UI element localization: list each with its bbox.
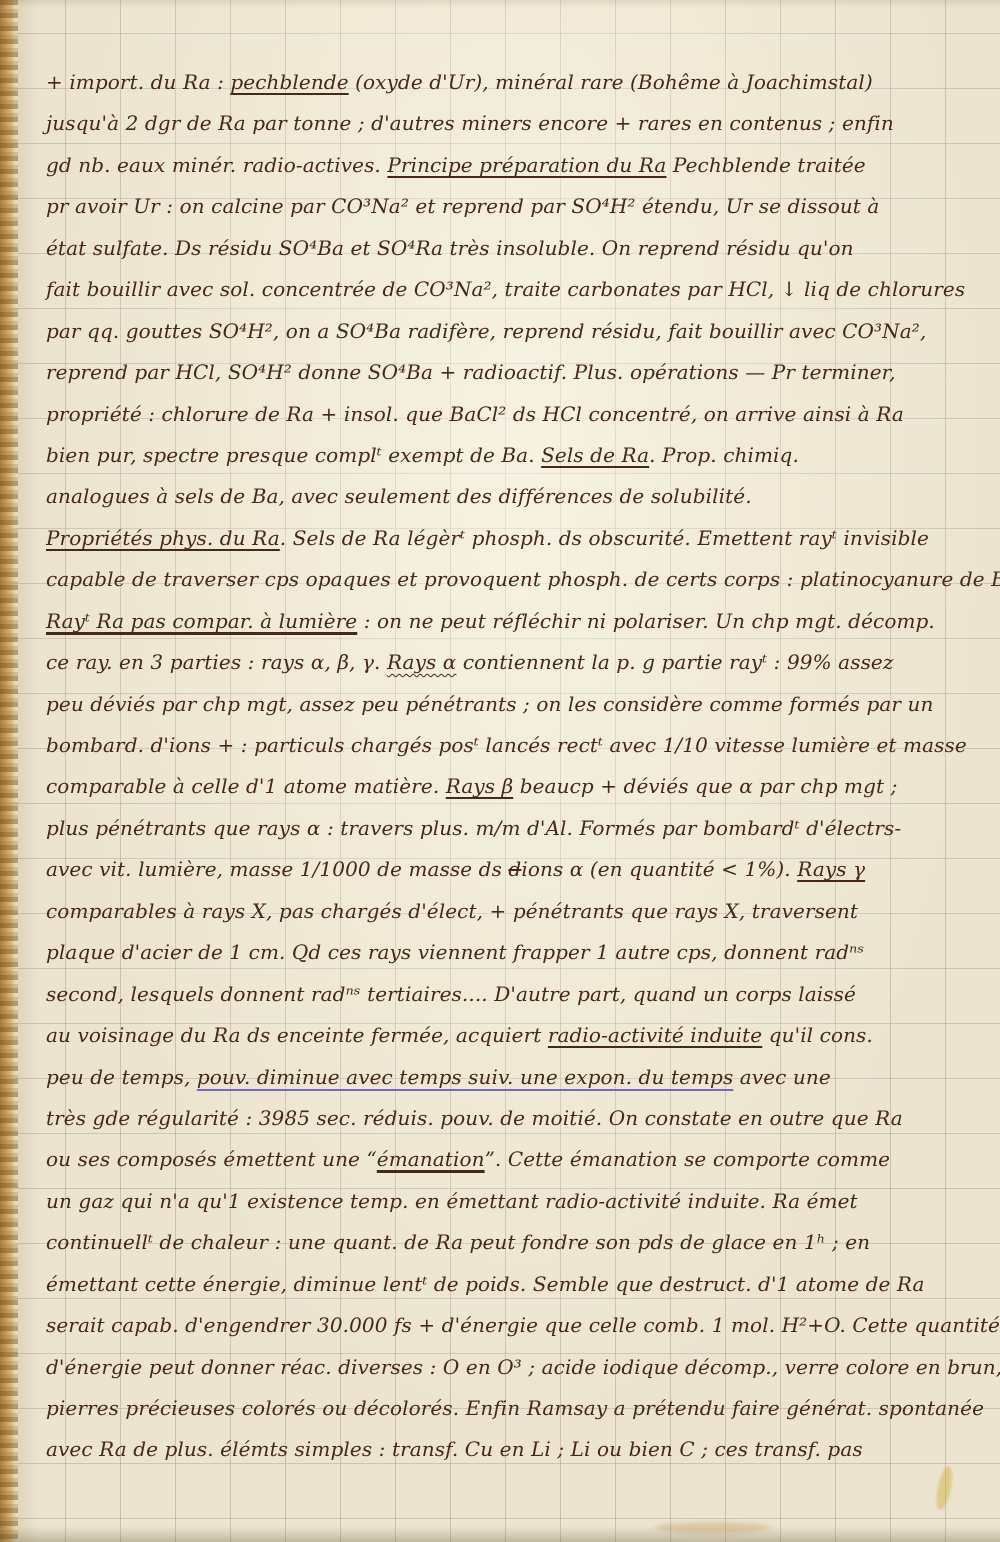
text-segment: : on ne peut réfléchir ni polariser. Un … bbox=[357, 609, 935, 633]
text-segment: avec Ra de plus. élémts simples : transf… bbox=[46, 1437, 863, 1461]
manuscript-line: par qq. gouttes SO⁴H², on a SO⁴Ba radifè… bbox=[46, 311, 984, 352]
text-segment: avec vit. lumière, masse 1/1000 de masse… bbox=[46, 857, 508, 881]
text-segment: comparables à rays X, pas chargés d'élec… bbox=[46, 899, 858, 923]
text-segment: jusqu'à 2 dgr de Ra par tonne ; d'autres… bbox=[46, 111, 894, 135]
text-segment-strike: d bbox=[508, 857, 521, 881]
text-segment: d'énergie peut donner réac. diverses : O… bbox=[46, 1355, 1000, 1379]
text-segment: par qq. gouttes SO⁴H², on a SO⁴Ba radifè… bbox=[46, 319, 926, 343]
text-segment: contiennent la p. g partie rayᵗ : 99% as… bbox=[456, 650, 893, 674]
text-segment: analogues à sels de Ba, avec seulement d… bbox=[46, 484, 752, 508]
manuscript-text: + import. du Ra : pechblende (oxyde d'Ur… bbox=[46, 62, 984, 1471]
manuscript-line: reprend par HCl, SO⁴H² donne SO⁴Ba + rad… bbox=[46, 352, 984, 393]
text-segment: beaucp + déviés que α par chp mgt ; bbox=[513, 774, 897, 798]
manuscript-line: Rayᵗ Ra pas compar. à lumière : on ne pe… bbox=[46, 601, 984, 642]
text-segment: capable de traverser cps opaques et prov… bbox=[46, 567, 1000, 591]
notebook-page: + import. du Ra : pechblende (oxyde d'Ur… bbox=[0, 0, 1000, 1542]
text-segment-u: Rays γ bbox=[797, 857, 865, 881]
binding-shadow bbox=[18, 0, 38, 1542]
manuscript-line: avec vit. lumière, masse 1/1000 de masse… bbox=[46, 849, 984, 890]
manuscript-line: ce ray. en 3 parties : rays α, β, γ. Ray… bbox=[46, 642, 984, 683]
text-segment: plus pénétrants que rays α : travers plu… bbox=[46, 816, 901, 840]
text-segment: qu'il cons. bbox=[762, 1023, 873, 1047]
text-segment: reprend par HCl, SO⁴H² donne SO⁴Ba + rad… bbox=[46, 360, 896, 384]
manuscript-line: émettant cette énergie, diminue lentᵗ de… bbox=[46, 1264, 984, 1305]
manuscript-line: comparables à rays X, pas chargés d'élec… bbox=[46, 891, 984, 932]
text-segment: au voisinage du Ra ds enceinte fermée, a… bbox=[46, 1023, 548, 1047]
text-segment-wavy: Rays α bbox=[387, 650, 456, 674]
manuscript-line: Propriétés phys. du Ra. Sels de Ra légèr… bbox=[46, 518, 984, 559]
text-segment: plaque d'acier de 1 cm. Qd ces rays vien… bbox=[46, 940, 864, 964]
text-segment: fait bouillir avec sol. concentrée de CO… bbox=[46, 277, 965, 301]
manuscript-line: propriété : chlorure de Ra + insol. que … bbox=[46, 394, 984, 435]
binding-edge bbox=[0, 0, 18, 1542]
text-segment: ions α (en quantité < 1%). bbox=[521, 857, 797, 881]
text-segment-ublue: pouv. diminue avec temps suiv. une expon… bbox=[197, 1065, 733, 1089]
text-segment: continuellᵗ de chaleur : une quant. de R… bbox=[46, 1230, 870, 1254]
manuscript-line: peu de temps, pouv. diminue avec temps s… bbox=[46, 1057, 984, 1098]
text-segment: un gaz qui n'a qu'1 existence temp. en é… bbox=[46, 1189, 858, 1213]
text-segment: ce ray. en 3 parties : rays α, β, γ. bbox=[46, 650, 387, 674]
text-segment: bien pur, spectre presque complᵗ exempt … bbox=[46, 443, 541, 467]
manuscript-line: d'énergie peut donner réac. diverses : O… bbox=[46, 1347, 984, 1388]
text-segment-u: Rays β bbox=[446, 774, 514, 798]
manuscript-line: continuellᵗ de chaleur : une quant. de R… bbox=[46, 1222, 984, 1263]
manuscript-line: comparable à celle d'1 atome matière. Ra… bbox=[46, 766, 984, 807]
manuscript-line: plaque d'acier de 1 cm. Qd ces rays vien… bbox=[46, 932, 984, 973]
manuscript-line: ou ses composés émettent une “émanation”… bbox=[46, 1139, 984, 1180]
text-segment: gd nb. eaux minér. radio-actives. bbox=[46, 153, 387, 177]
text-segment-u: Propriétés phys. du Ra bbox=[46, 526, 280, 550]
manuscript-line: avec Ra de plus. élémts simples : transf… bbox=[46, 1429, 984, 1470]
manuscript-line: état sulfate. Ds résidu SO⁴Ba et SO⁴Ra t… bbox=[46, 228, 984, 269]
manuscript-line: + import. du Ra : pechblende (oxyde d'Ur… bbox=[46, 62, 984, 103]
text-segment: serait capab. d'engendrer 30.000 fs + d'… bbox=[46, 1313, 1000, 1337]
text-segment: Pechblende traitée bbox=[666, 153, 865, 177]
manuscript-line: au voisinage du Ra ds enceinte fermée, a… bbox=[46, 1015, 984, 1056]
text-segment: comparable à celle d'1 atome matière. bbox=[46, 774, 446, 798]
bottom-edge-shadow bbox=[0, 1526, 1000, 1542]
text-segment: . Prop. chimiq. bbox=[649, 443, 799, 467]
text-segment: état sulfate. Ds résidu SO⁴Ba et SO⁴Ra t… bbox=[46, 236, 854, 260]
manuscript-line: bien pur, spectre presque complᵗ exempt … bbox=[46, 435, 984, 476]
text-segment: . Sels de Ra légèrᵗ phosph. ds obscurité… bbox=[280, 526, 929, 550]
text-segment: (oxyde d'Ur), minéral rare (Bohême à Joa… bbox=[349, 70, 873, 94]
text-segment-u: Sels de Ra bbox=[541, 443, 649, 467]
text-segment: second, lesquels donnent radⁿˢ tertiaire… bbox=[46, 982, 856, 1006]
text-segment-uthick: émanation bbox=[377, 1147, 485, 1171]
text-segment: bombard. d'ions + : particuls chargés po… bbox=[46, 733, 967, 757]
manuscript-line: second, lesquels donnent radⁿˢ tertiaire… bbox=[46, 974, 984, 1015]
text-segment: + import. du Ra : bbox=[46, 70, 230, 94]
text-segment: peu déviés par chp mgt, assez peu pénétr… bbox=[46, 692, 933, 716]
manuscript-line: serait capab. d'engendrer 30.000 fs + d'… bbox=[46, 1305, 984, 1346]
manuscript-line: un gaz qui n'a qu'1 existence temp. en é… bbox=[46, 1181, 984, 1222]
text-segment: propriété : chlorure de Ra + insol. que … bbox=[46, 402, 904, 426]
manuscript-line: pierres précieuses colorés ou décolorés.… bbox=[46, 1388, 984, 1429]
manuscript-line: analogues à sels de Ba, avec seulement d… bbox=[46, 476, 984, 517]
manuscript-line: plus pénétrants que rays α : travers plu… bbox=[46, 808, 984, 849]
text-segment-uthick: Rayᵗ Ra pas compar. à lumière bbox=[46, 609, 357, 633]
manuscript-line: pr avoir Ur : on calcine par CO³Na² et r… bbox=[46, 186, 984, 227]
text-segment: très gde régularité : 3985 sec. réduis. … bbox=[46, 1106, 903, 1130]
text-segment-u: Principe préparation du Ra bbox=[387, 153, 666, 177]
text-segment: avec une bbox=[733, 1065, 830, 1089]
manuscript-line: bombard. d'ions + : particuls chargés po… bbox=[46, 725, 984, 766]
text-segment: pierres précieuses colorés ou décolorés.… bbox=[46, 1396, 984, 1420]
text-segment: ”. Cette émanation se comporte comme bbox=[485, 1147, 891, 1171]
text-segment: pr avoir Ur : on calcine par CO³Na² et r… bbox=[46, 194, 879, 218]
text-segment: peu de temps, bbox=[46, 1065, 197, 1089]
text-segment-u: radio-activité induite bbox=[548, 1023, 762, 1047]
manuscript-line: jusqu'à 2 dgr de Ra par tonne ; d'autres… bbox=[46, 103, 984, 144]
manuscript-line: fait bouillir avec sol. concentrée de CO… bbox=[46, 269, 984, 310]
text-segment: ou ses composés émettent une “ bbox=[46, 1147, 377, 1171]
text-segment-u: pechblende bbox=[230, 70, 348, 94]
manuscript-line: peu déviés par chp mgt, assez peu pénétr… bbox=[46, 684, 984, 725]
text-segment: émettant cette énergie, diminue lentᵗ de… bbox=[46, 1272, 925, 1296]
manuscript-line: très gde régularité : 3985 sec. réduis. … bbox=[46, 1098, 984, 1139]
manuscript-line: capable de traverser cps opaques et prov… bbox=[46, 559, 984, 600]
manuscript-line: gd nb. eaux minér. radio-actives. Princi… bbox=[46, 145, 984, 186]
top-edge-shadow bbox=[0, 0, 1000, 8]
ink-smudge bbox=[934, 1465, 956, 1511]
